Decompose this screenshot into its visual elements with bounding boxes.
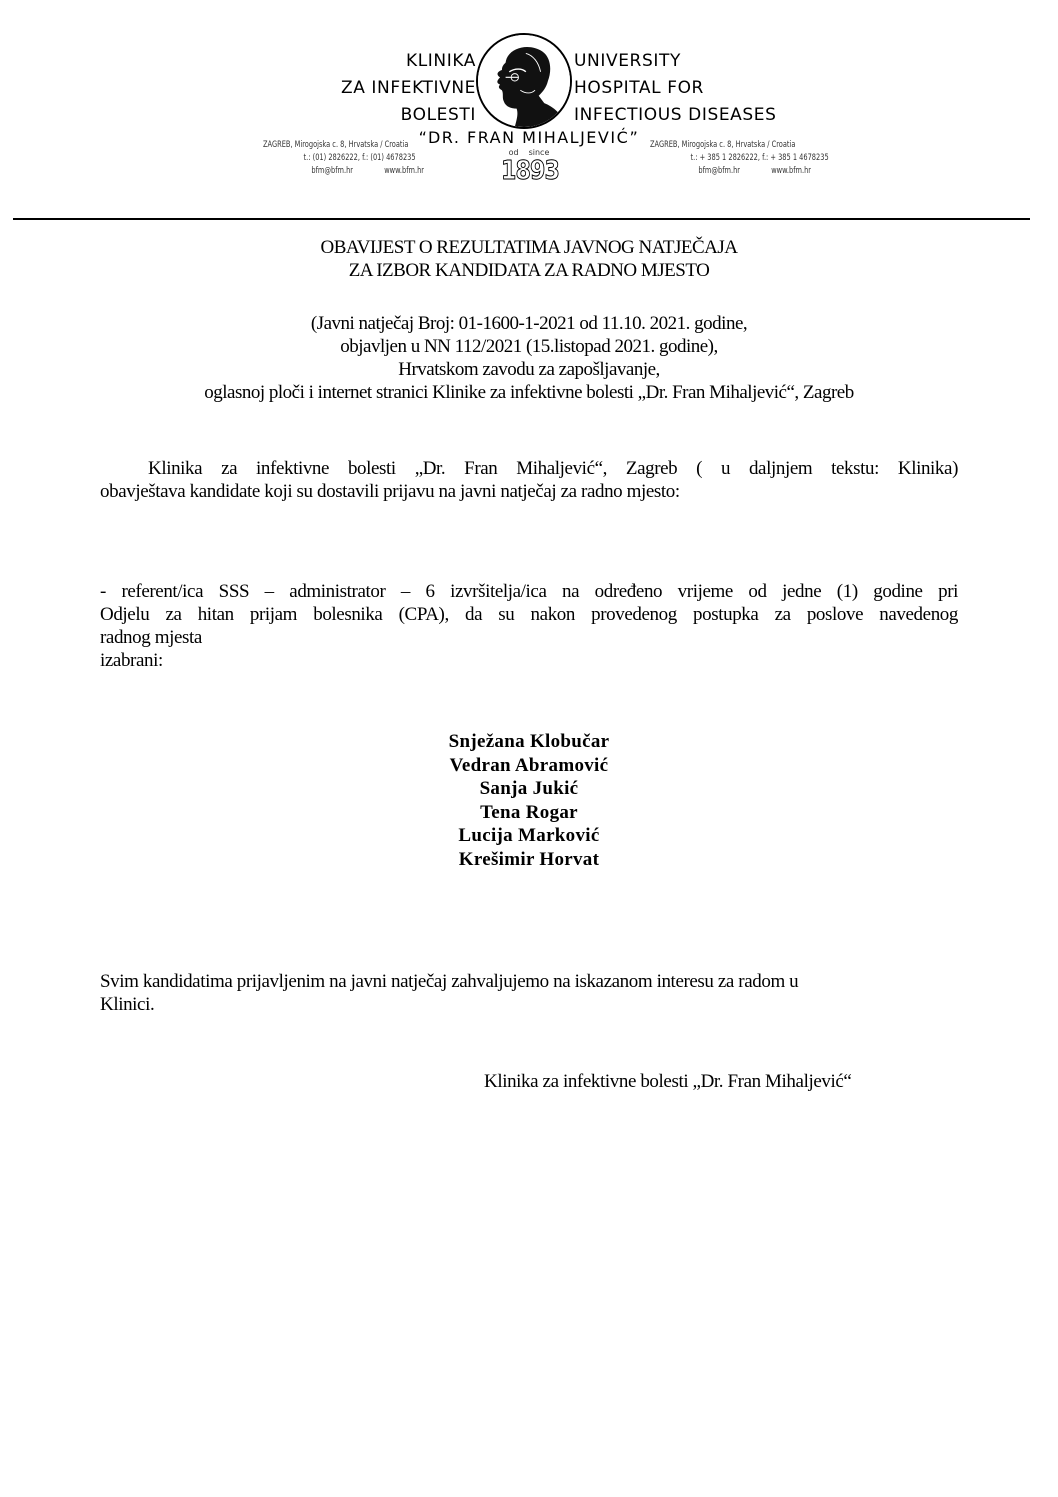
reference-line: oglasnoj ploči i internet stranici Klini… [0, 381, 1058, 404]
letterhead-english-name: UNIVERSITY HOSPITAL FOR INFECTIOUS DISEA… [574, 48, 777, 129]
letterhead-left-line: BOLESTI [341, 102, 476, 129]
reference-line: (Javni natječaj Broj: 01-1600-1-2021 od … [0, 312, 1058, 335]
address-block-english: ZAGREB, Mirogojska c. 8, Hrvatska / Croa… [650, 139, 829, 178]
document-title: OBAVIJEST O REZULTATIMA JAVNOG NATJEČAJA… [0, 236, 1058, 282]
candidate-name: Tena Rogar [0, 801, 1058, 825]
letterhead-right-line: INFECTIOUS DISEASES [574, 102, 777, 129]
header-divider [13, 218, 1030, 220]
email-link[interactable]: bfm@bfm.hr [698, 166, 740, 176]
letterhead-right-line: UNIVERSITY [574, 48, 777, 75]
reference-line: Hrvatskom zavodu za zapošljavanje, [0, 358, 1058, 381]
tender-reference: (Javni natječaj Broj: 01-1600-1-2021 od … [0, 312, 1058, 404]
hospital-name: “DR. FRAN MIHALJEVIĆ” [0, 128, 1058, 147]
position-paragraph: - referent/ica SSS – administrator – 6 i… [100, 580, 958, 672]
position-line: radnog mjesta [100, 626, 958, 649]
contact-line: bfm@bfm.hrwww.bfm.hr [650, 165, 829, 178]
website-link[interactable]: www.bfm.hr [384, 166, 424, 176]
thanks-line: Svim kandidatima prijavljenim na javni n… [100, 970, 958, 993]
letterhead-left-line: ZA INFEKTIVNE [341, 75, 476, 102]
thanks-paragraph: Svim kandidatima prijavljenim na javni n… [100, 970, 958, 1016]
letterhead-right-line: HOSPITAL FOR [574, 75, 777, 102]
address-line: ZAGREB, Mirogojska c. 8, Hrvatska / Croa… [650, 139, 829, 152]
selected-candidates-list: Snježana Klobučar Vedran Abramović Sanja… [0, 730, 1058, 871]
letterhead: KLINIKA ZA INFEKTIVNE BOLESTI UNIVERSITY… [0, 0, 1058, 200]
candidate-name: Vedran Abramović [0, 754, 1058, 778]
letterhead-croatian-name: KLINIKA ZA INFEKTIVNE BOLESTI [341, 48, 476, 129]
intro-line: obavještava kandidate koji su dostavili … [100, 480, 958, 503]
phone-line: t.: (01) 2826222, f.: (01) 4678235 [263, 152, 424, 165]
signature: Klinika za infektivne bolesti „Dr. Fran … [484, 1070, 851, 1093]
contact-line: bfm@bfm.hrwww.bfm.hr [263, 165, 424, 178]
candidate-name: Snježana Klobučar [0, 730, 1058, 754]
phone-line: t.: + 385 1 2826222, f.: + 385 1 4678235 [650, 152, 829, 165]
reference-line: objavljen u NN 112/2021 (15.listopad 202… [0, 335, 1058, 358]
candidate-name: Sanja Jukić [0, 777, 1058, 801]
address-block-croatian: ZAGREB, Mirogojska c. 8, Hrvatska / Croa… [263, 139, 424, 178]
title-line: OBAVIJEST O REZULTATIMA JAVNOG NATJEČAJA [0, 236, 1058, 259]
intro-line: Klinika za infektivne bolesti „Dr. Fran … [100, 457, 958, 480]
title-line: ZA IZBOR KANDIDATA ZA RADNO MJESTO [0, 259, 1058, 282]
portrait-medallion-icon [476, 33, 572, 129]
founding-year: 1893 [500, 156, 560, 186]
email-link[interactable]: bfm@bfm.hr [311, 166, 353, 176]
intro-paragraph: Klinika za infektivne bolesti „Dr. Fran … [100, 457, 958, 503]
position-line: - referent/ica SSS – administrator – 6 i… [100, 580, 958, 603]
address-line: ZAGREB, Mirogojska c. 8, Hrvatska / Croa… [263, 139, 424, 152]
candidate-name: Krešimir Horvat [0, 848, 1058, 872]
candidate-name: Lucija Marković [0, 824, 1058, 848]
position-line: izabrani: [100, 649, 958, 672]
website-link[interactable]: www.bfm.hr [771, 166, 811, 176]
position-line: Odjelu za hitan prijam bolesnika (CPA), … [100, 603, 958, 626]
letterhead-left-line: KLINIKA [341, 48, 476, 75]
thanks-line: Klinici. [100, 993, 958, 1016]
